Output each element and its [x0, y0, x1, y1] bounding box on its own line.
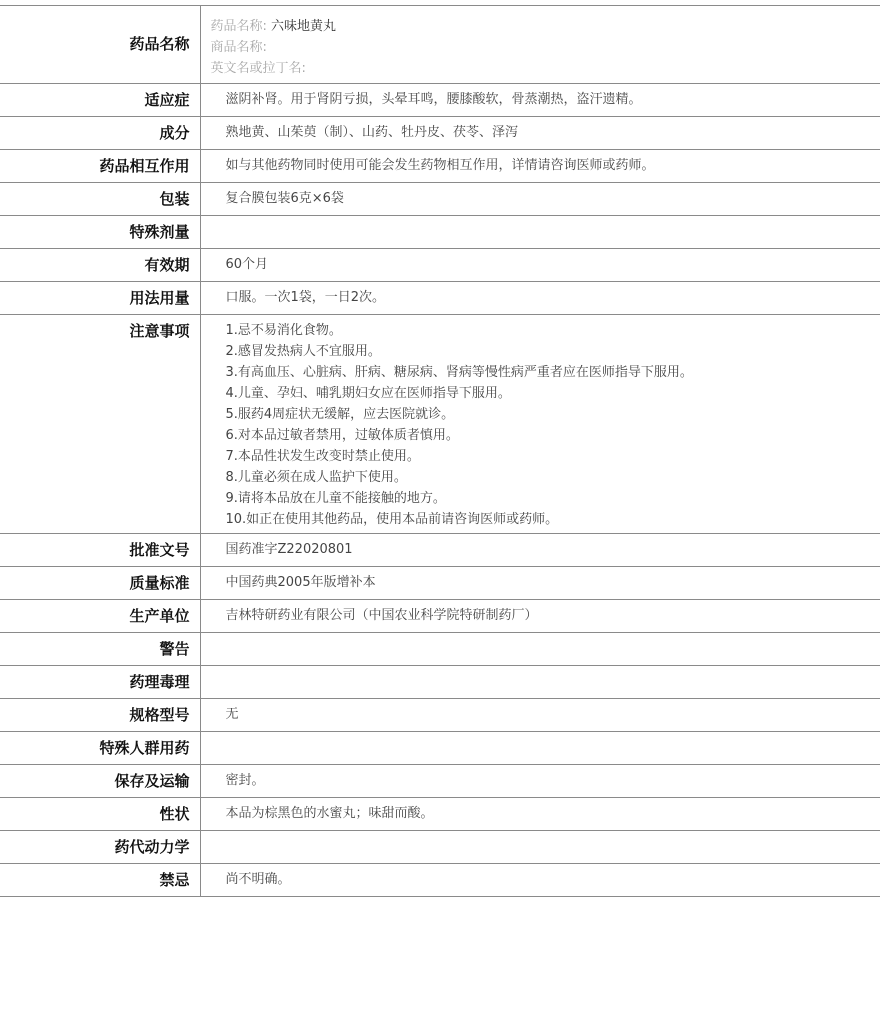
label-interactions: 药品相互作用	[0, 150, 200, 183]
trade-name-key: 商品名称:	[211, 40, 267, 55]
trade-name-line: 商品名称:	[211, 37, 880, 58]
label-contraindications: 禁忌	[0, 864, 200, 897]
row-shelf-life: 有效期 60个月	[0, 249, 880, 282]
row-precautions: 注意事项 1.忌不易消化食物。 2.感冒发热病人不宜服用。 3.有高血压、心脏病…	[0, 315, 880, 534]
label-description: 性状	[0, 798, 200, 831]
label-drug-name: 药品名称	[0, 6, 200, 84]
value-precautions: 1.忌不易消化食物。 2.感冒发热病人不宜服用。 3.有高血压、心脏病、肝病、糖…	[200, 315, 880, 534]
precaution-item: 6.对本品过敏者禁用，过敏体质者慎用。	[226, 425, 880, 446]
value-drug-name: 药品名称: 六味地黄丸 商品名称: 英文名或拉丁名:	[200, 6, 880, 84]
value-indications: 滋阴补肾。用于肾阴亏损，头晕耳鸣，腰膝酸软，骨蒸潮热，盗汗遗精。	[200, 84, 880, 117]
precaution-item: 10.如正在使用其他药品，使用本品前请咨询医师或药师。	[226, 509, 880, 530]
row-dosage: 用法用量 口服。一次1袋，一日2次。	[0, 282, 880, 315]
value-special-dosage	[200, 216, 880, 249]
label-precautions: 注意事项	[0, 315, 200, 534]
precaution-item: 9.请将本品放在儿童不能接触的地方。	[226, 488, 880, 509]
row-description: 性状 本品为棕黑色的水蜜丸；味甜而酸。	[0, 798, 880, 831]
generic-name-key: 药品名称:	[211, 19, 267, 34]
value-contraindications: 尚不明确。	[200, 864, 880, 897]
label-special-populations: 特殊人群用药	[0, 732, 200, 765]
value-approval-number: 国药准字Z22020801	[200, 534, 880, 567]
row-packaging: 包装 复合膜包装6克×6袋	[0, 183, 880, 216]
label-manufacturer: 生产单位	[0, 600, 200, 633]
latin-name-key: 英文名或拉丁名:	[211, 61, 306, 76]
label-pharmacology: 药理毒理	[0, 666, 200, 699]
row-special-populations: 特殊人群用药	[0, 732, 880, 765]
label-approval-number: 批准文号	[0, 534, 200, 567]
row-special-dosage: 特殊剂量	[0, 216, 880, 249]
row-quality-standard: 质量标准 中国药典2005年版增补本	[0, 567, 880, 600]
row-pharmacokinetics: 药代动力学	[0, 831, 880, 864]
precaution-item: 1.忌不易消化食物。	[226, 320, 880, 341]
row-interactions: 药品相互作用 如与其他药物同时使用可能会发生药物相互作用，详情请咨询医师或药师。	[0, 150, 880, 183]
row-indications: 适应症 滋阴补肾。用于肾阴亏损，头晕耳鸣，腰膝酸软，骨蒸潮热，盗汗遗精。	[0, 84, 880, 117]
row-contraindications: 禁忌 尚不明确。	[0, 864, 880, 897]
precaution-item: 7.本品性状发生改变时禁止使用。	[226, 446, 880, 467]
precaution-item: 4.儿童、孕妇、哺乳期妇女应在医师指导下服用。	[226, 383, 880, 404]
value-shelf-life: 60个月	[200, 249, 880, 282]
label-pharmacokinetics: 药代动力学	[0, 831, 200, 864]
value-ingredients: 熟地黄、山茱萸（制）、山药、牡丹皮、茯苓、泽泻	[200, 117, 880, 150]
value-warning	[200, 633, 880, 666]
precaution-item: 2.感冒发热病人不宜服用。	[226, 341, 880, 362]
value-pharmacokinetics	[200, 831, 880, 864]
row-ingredients: 成分 熟地黄、山茱萸（制）、山药、牡丹皮、茯苓、泽泻	[0, 117, 880, 150]
value-quality-standard: 中国药典2005年版增补本	[200, 567, 880, 600]
value-description: 本品为棕黑色的水蜜丸；味甜而酸。	[200, 798, 880, 831]
value-pharmacology	[200, 666, 880, 699]
row-approval-number: 批准文号 国药准字Z22020801	[0, 534, 880, 567]
generic-name-line: 药品名称: 六味地黄丸	[211, 16, 880, 37]
row-manufacturer: 生产单位 吉林特研药业有限公司（中国农业科学院特研制药厂）	[0, 600, 880, 633]
generic-name-value: 六味地黄丸	[271, 19, 336, 34]
label-ingredients: 成分	[0, 117, 200, 150]
label-indications: 适应症	[0, 84, 200, 117]
label-shelf-life: 有效期	[0, 249, 200, 282]
latin-name-line: 英文名或拉丁名:	[211, 58, 880, 79]
row-pharmacology: 药理毒理	[0, 666, 880, 699]
precaution-item: 5.服药4周症状无缓解，应去医院就诊。	[226, 404, 880, 425]
value-interactions: 如与其他药物同时使用可能会发生药物相互作用，详情请咨询医师或药师。	[200, 150, 880, 183]
drug-spec-sheet: 药品名称 药品名称: 六味地黄丸 商品名称: 英文名或拉丁名:	[0, 5, 880, 897]
value-packaging: 复合膜包装6克×6袋	[200, 183, 880, 216]
label-special-dosage: 特殊剂量	[0, 216, 200, 249]
label-specification: 规格型号	[0, 699, 200, 732]
value-special-populations	[200, 732, 880, 765]
precaution-item: 3.有高血压、心脏病、肝病、糖尿病、肾病等慢性病严重者应在医师指导下服用。	[226, 362, 880, 383]
value-specification: 无	[200, 699, 880, 732]
value-dosage: 口服。一次1袋，一日2次。	[200, 282, 880, 315]
row-drug-name: 药品名称 药品名称: 六味地黄丸 商品名称: 英文名或拉丁名:	[0, 6, 880, 84]
label-warning: 警告	[0, 633, 200, 666]
row-warning: 警告	[0, 633, 880, 666]
label-storage: 保存及运输	[0, 765, 200, 798]
row-storage: 保存及运输 密封。	[0, 765, 880, 798]
drug-spec-table: 药品名称 药品名称: 六味地黄丸 商品名称: 英文名或拉丁名:	[0, 5, 880, 897]
label-dosage: 用法用量	[0, 282, 200, 315]
value-manufacturer: 吉林特研药业有限公司（中国农业科学院特研制药厂）	[200, 600, 880, 633]
value-storage: 密封。	[200, 765, 880, 798]
label-quality-standard: 质量标准	[0, 567, 200, 600]
row-specification: 规格型号 无	[0, 699, 880, 732]
precaution-item: 8.儿童必须在成人监护下使用。	[226, 467, 880, 488]
label-packaging: 包装	[0, 183, 200, 216]
